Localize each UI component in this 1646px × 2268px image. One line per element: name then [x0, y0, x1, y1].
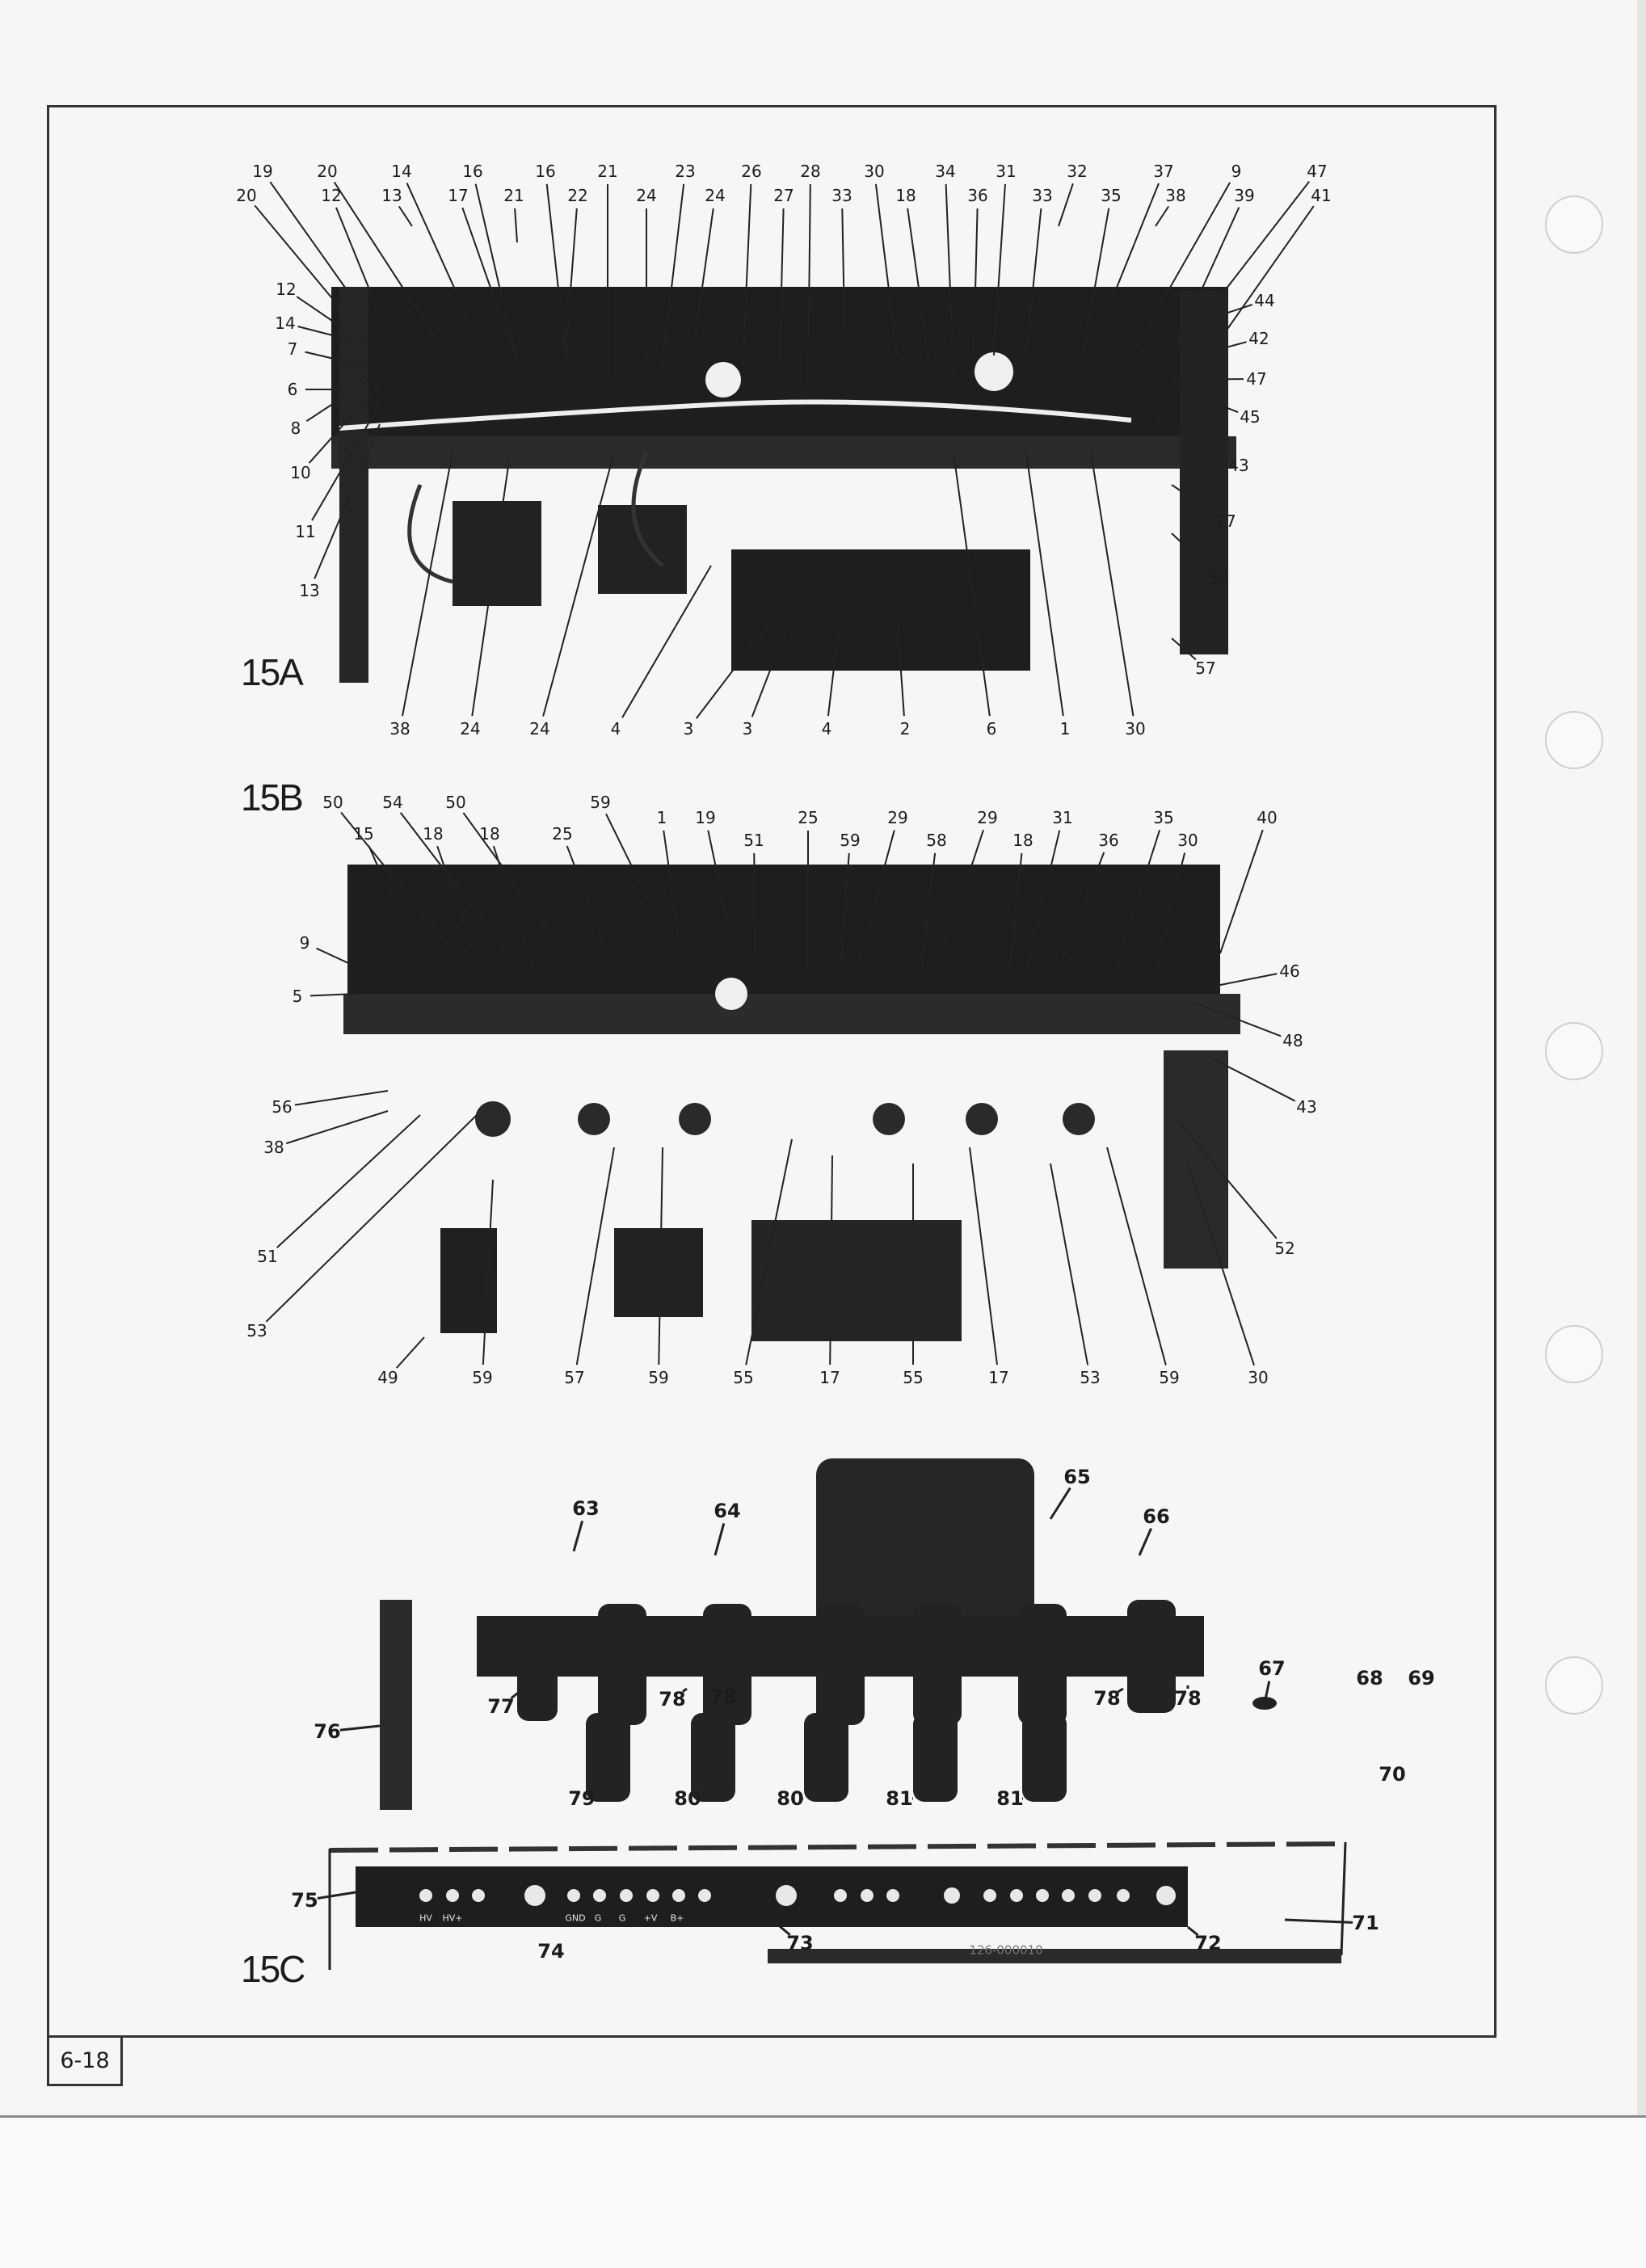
- callout-15c-71: 71: [1352, 1913, 1379, 1933]
- leader-line: [808, 184, 810, 388]
- callout-15b-55: 55: [903, 1370, 923, 1386]
- leader-line: [697, 614, 776, 718]
- callout-15b-53: 53: [246, 1323, 267, 1339]
- callout-15b-50: 50: [445, 794, 465, 810]
- callout-15b-17: 17: [988, 1370, 1008, 1386]
- callout-15b-48: 48: [1282, 1033, 1303, 1049]
- leader-line: [708, 831, 727, 921]
- panel-marking: HV+: [442, 1914, 462, 1923]
- callout-15b-35: 35: [1153, 810, 1173, 826]
- callout-15c-72: 72: [1194, 1933, 1221, 1953]
- callout-15a-33: 33: [831, 187, 852, 204]
- callout-15a-42: 42: [1248, 330, 1269, 347]
- leader-line: [1285, 1920, 1353, 1922]
- leader-line: [317, 949, 380, 978]
- leader-line: [399, 206, 412, 226]
- callout-15a-37: 37: [1153, 163, 1173, 179]
- callout-15b-58: 58: [926, 832, 946, 848]
- leader-line: [1265, 1681, 1269, 1703]
- leader-line: [897, 614, 904, 716]
- callout-15c-76: 76: [314, 1722, 340, 1741]
- callout-15a-31: 31: [996, 163, 1016, 179]
- leader-line: [937, 830, 983, 970]
- callout-15a-27: 27: [1215, 513, 1236, 529]
- callout-15a-9: 9: [1231, 163, 1242, 179]
- callout-15c-77: 77: [487, 1697, 514, 1716]
- callout-15c-81: 81: [996, 1789, 1023, 1808]
- callout-15c-63: 63: [572, 1499, 599, 1518]
- leader-line: [305, 352, 372, 368]
- leader-line: [476, 184, 517, 364]
- callout-15a-57: 57: [1195, 660, 1215, 676]
- leader-line: [318, 1892, 356, 1898]
- callout-15b-36: 36: [1098, 832, 1118, 848]
- callout-15a-4: 4: [611, 721, 621, 737]
- callout-15a-23: 23: [675, 163, 695, 179]
- leader-line: [746, 1139, 792, 1365]
- leader-line: [1050, 1163, 1088, 1365]
- callout-15a-13: 13: [381, 187, 402, 204]
- leader-line: [840, 853, 849, 970]
- callout-15a-45: 45: [1240, 409, 1260, 425]
- leader-line: [1212, 182, 1309, 307]
- callout-15a-41: 41: [1311, 187, 1331, 204]
- callout-15a-14: 14: [275, 315, 295, 331]
- callout-15c-78: 78: [1093, 1689, 1120, 1708]
- callout-15b-55: 55: [733, 1370, 753, 1386]
- callout-15a-14: 14: [391, 163, 411, 179]
- callout-15b-53: 53: [1080, 1370, 1100, 1386]
- callout-15b-59: 59: [840, 832, 860, 848]
- leader-line: [314, 424, 380, 579]
- leader-line: [954, 452, 990, 716]
- leader-line: [663, 184, 684, 364]
- panel-marking: HV: [419, 1914, 432, 1923]
- leader-line: [1026, 452, 1063, 716]
- callout-15b-1: 1: [657, 810, 667, 826]
- callout-15a-13: 13: [299, 583, 319, 599]
- callout-15a-30: 30: [1125, 721, 1145, 737]
- page-number: 6-18: [47, 2035, 123, 2086]
- callout-15b-19: 19: [695, 810, 715, 826]
- leader-line: [1220, 830, 1263, 953]
- callout-15b-9: 9: [300, 935, 310, 951]
- leader-line: [511, 1681, 533, 1698]
- callout-15a-36: 36: [967, 187, 987, 204]
- callout-15b-51: 51: [743, 832, 764, 848]
- leader-line: [1172, 379, 1244, 380]
- callout-15b-18: 18: [423, 826, 443, 842]
- callout-15b-43: 43: [1296, 1099, 1316, 1115]
- leader-line: [1026, 208, 1041, 356]
- callout-15a-59: 59: [1208, 570, 1228, 586]
- leader-line: [1156, 420, 1227, 459]
- callout-15c-67: 67: [1258, 1659, 1285, 1678]
- callout-15a-38: 38: [1165, 187, 1185, 204]
- callout-15a-30: 30: [864, 163, 884, 179]
- leader-line: [397, 1337, 424, 1368]
- callout-15b-59: 59: [472, 1370, 492, 1386]
- leader-line: [780, 208, 784, 356]
- callout-15a-11: 11: [295, 524, 315, 540]
- leader-line: [1026, 831, 1059, 970]
- panel-marking: G: [619, 1914, 626, 1923]
- callout-15b-57: 57: [564, 1370, 584, 1386]
- leader-line: [921, 853, 935, 970]
- callout-15a-24: 24: [529, 721, 549, 737]
- callout-15a-16: 16: [535, 163, 555, 179]
- leader-line: [1091, 452, 1133, 716]
- leader-line: [695, 208, 714, 339]
- figure-label-15a: 15A: [241, 650, 302, 694]
- figure-label-15c: 15C: [241, 1947, 304, 1991]
- leader-line: [754, 853, 756, 953]
- leader-line: [1050, 1488, 1070, 1519]
- leader-line: [1172, 533, 1209, 569]
- leader-line: [295, 1091, 388, 1105]
- callout-15a-28: 28: [800, 163, 820, 179]
- callout-15a-27: 27: [773, 187, 794, 204]
- callout-15c-69: 69: [1408, 1668, 1434, 1688]
- callout-15a-6: 6: [987, 721, 997, 737]
- callout-15a-43: 43: [1228, 457, 1248, 473]
- callout-15c-80: 80: [777, 1789, 803, 1808]
- leader-line: [402, 452, 453, 716]
- callout-15b-59: 59: [590, 794, 610, 810]
- leader-line: [310, 994, 356, 995]
- leader-line: [462, 208, 517, 364]
- callout-15a-4: 4: [822, 721, 832, 737]
- leader-line: [494, 846, 533, 970]
- callout-15a-22: 22: [567, 187, 587, 204]
- leader-line: [566, 208, 577, 356]
- leader-line: [842, 208, 844, 323]
- leader-line: [1156, 206, 1168, 226]
- leader-line: [1196, 305, 1252, 323]
- callout-15b-29: 29: [977, 810, 997, 826]
- callout-15a-47: 47: [1307, 163, 1327, 179]
- leader-line: [830, 1155, 832, 1365]
- leader-line: [297, 326, 380, 347]
- callout-15a-2: 2: [900, 721, 911, 737]
- callout-15a-10: 10: [290, 465, 310, 481]
- leader-line: [1196, 342, 1247, 356]
- leader-line: [663, 831, 679, 937]
- callout-15a-24: 24: [460, 721, 480, 737]
- callout-15b-17: 17: [819, 1370, 840, 1386]
- callout-15b-15: 15: [353, 826, 373, 842]
- callout-15a-6: 6: [288, 381, 298, 398]
- callout-15a-21: 21: [503, 187, 524, 204]
- leader-line: [715, 1523, 724, 1555]
- callout-15b-5: 5: [293, 988, 303, 1004]
- leader-line: [606, 814, 671, 945]
- callout-15b-18: 18: [479, 826, 499, 842]
- callout-15a-3: 3: [743, 721, 753, 737]
- callout-15a-3: 3: [684, 721, 694, 737]
- callout-15a-20: 20: [236, 187, 256, 204]
- callout-15a-21: 21: [597, 163, 617, 179]
- callout-15a-26: 26: [741, 163, 761, 179]
- callout-15b-29: 29: [887, 810, 907, 826]
- leader-line: [828, 614, 840, 716]
- leader-line: [515, 208, 517, 242]
- leader-line: [277, 1115, 420, 1248]
- callout-15a-8: 8: [291, 420, 301, 436]
- callout-15a-18: 18: [895, 187, 916, 204]
- callout-15c-79: 79: [568, 1789, 595, 1808]
- panel-part-number: 126-000010: [969, 1945, 1042, 1957]
- callout-15c-64: 64: [714, 1501, 740, 1521]
- callout-15a-34: 34: [935, 163, 955, 179]
- leader-line: [340, 1726, 380, 1730]
- leader-line: [1192, 1002, 1281, 1036]
- leader-line: [266, 1115, 477, 1322]
- leader-line: [483, 1180, 493, 1365]
- panel-marking: GND: [565, 1914, 585, 1923]
- callout-15c-81: 81: [886, 1789, 912, 1808]
- callout-15a-16: 16: [462, 163, 482, 179]
- callout-15b-38: 38: [263, 1139, 284, 1155]
- leader-line: [622, 566, 711, 717]
- leader-line: [946, 184, 954, 372]
- leader-line: [659, 1147, 663, 1365]
- callout-15b-40: 40: [1257, 810, 1277, 826]
- callout-15a-24: 24: [705, 187, 725, 204]
- leader-line: [1059, 852, 1104, 970]
- leader-line: [1083, 183, 1159, 372]
- panel-marking: G: [595, 1914, 602, 1923]
- leader-line: [1131, 183, 1230, 356]
- callout-15c-73: 73: [786, 1933, 813, 1953]
- callout-15b-59: 59: [648, 1370, 668, 1386]
- leader-line: [547, 184, 566, 356]
- callout-15b-59: 59: [1159, 1370, 1179, 1386]
- leader-line: [1156, 380, 1238, 412]
- leader-lines: [0, 0, 1646, 2268]
- callout-15c-74: 74: [537, 1942, 564, 1961]
- leader-line: [1196, 974, 1277, 990]
- leader-line: [1107, 1147, 1166, 1365]
- callout-15c-65: 65: [1063, 1467, 1090, 1487]
- leader-line: [1172, 208, 1239, 356]
- callout-15b-52: 52: [1274, 1240, 1294, 1256]
- leader-line: [368, 846, 412, 945]
- callout-15a-38: 38: [389, 721, 410, 737]
- callout-15b-25: 25: [552, 826, 572, 842]
- leader-line: [306, 376, 376, 421]
- callout-15b-50: 50: [322, 794, 343, 810]
- leader-line: [907, 208, 929, 364]
- callout-15c-80: 80: [674, 1789, 701, 1808]
- callout-15a-7: 7: [288, 341, 298, 357]
- callout-15b-30: 30: [1177, 832, 1198, 848]
- figure-label-15b: 15B: [241, 776, 302, 819]
- leader-line: [1059, 183, 1073, 226]
- panel-marking: B+: [671, 1914, 684, 1923]
- leader-line: [857, 830, 895, 970]
- leader-line: [336, 208, 380, 315]
- callout-15c-78: 78: [659, 1689, 685, 1709]
- callout-15b-30: 30: [1248, 1370, 1268, 1386]
- leader-line: [335, 182, 436, 339]
- callout-15a-24: 24: [636, 187, 656, 204]
- leader-line: [1139, 1529, 1151, 1555]
- leader-line: [1212, 1058, 1295, 1101]
- leader-line: [752, 614, 792, 717]
- callout-15a-44: 44: [1254, 292, 1274, 309]
- leader-line: [970, 1147, 997, 1365]
- leader-line: [543, 452, 614, 717]
- callout-15b-46: 46: [1279, 963, 1299, 979]
- leader-line: [577, 1147, 614, 1365]
- leader-line: [286, 1111, 388, 1143]
- leader-line: [567, 846, 614, 970]
- leader-line: [876, 184, 897, 356]
- leader-line: [1172, 485, 1215, 514]
- leader-line: [1156, 853, 1185, 970]
- leader-line: [974, 208, 978, 356]
- leader-line: [1188, 1163, 1254, 1365]
- callout-15a-35: 35: [1101, 187, 1121, 204]
- leader-line: [994, 184, 1005, 356]
- leader-line: [1083, 208, 1109, 356]
- callout-15c-66: 66: [1143, 1507, 1169, 1526]
- callout-15c-70: 70: [1379, 1765, 1405, 1784]
- callout-15b-31: 31: [1052, 810, 1072, 826]
- callout-15c-78: 78: [709, 1687, 736, 1706]
- callout-15b-18: 18: [1012, 832, 1033, 848]
- callout-15a-20: 20: [317, 163, 337, 179]
- leader-line: [1115, 830, 1160, 970]
- callout-15a-47: 47: [1246, 371, 1266, 387]
- leader-line: [1010, 853, 1021, 970]
- panel-marking: +V: [644, 1914, 658, 1923]
- callout-15a-33: 33: [1032, 187, 1052, 204]
- callout-15a-12: 12: [276, 281, 296, 297]
- leader-line: [1220, 206, 1314, 339]
- leader-line: [743, 184, 751, 356]
- callout-15b-56: 56: [272, 1099, 292, 1115]
- callout-15a-19: 19: [252, 163, 272, 179]
- callout-15c-68: 68: [1356, 1668, 1383, 1688]
- leader-line: [1172, 638, 1196, 659]
- callout-15a-32: 32: [1067, 163, 1087, 179]
- callout-15a-39: 39: [1234, 187, 1254, 204]
- callout-15c-75: 75: [291, 1891, 318, 1910]
- callout-15b-54: 54: [382, 794, 402, 810]
- leader-line: [407, 183, 485, 356]
- leader-line: [574, 1521, 583, 1551]
- callout-15a-12: 12: [321, 187, 341, 204]
- leader-line: [472, 461, 509, 716]
- callout-15a-1: 1: [1060, 721, 1071, 737]
- callout-15c-78: 78: [1174, 1689, 1201, 1708]
- leader-line: [297, 297, 347, 331]
- callout-15a-17: 17: [448, 187, 468, 204]
- callout-15b-49: 49: [377, 1370, 398, 1386]
- callout-15b-51: 51: [257, 1248, 277, 1264]
- callout-15b-25: 25: [798, 810, 818, 826]
